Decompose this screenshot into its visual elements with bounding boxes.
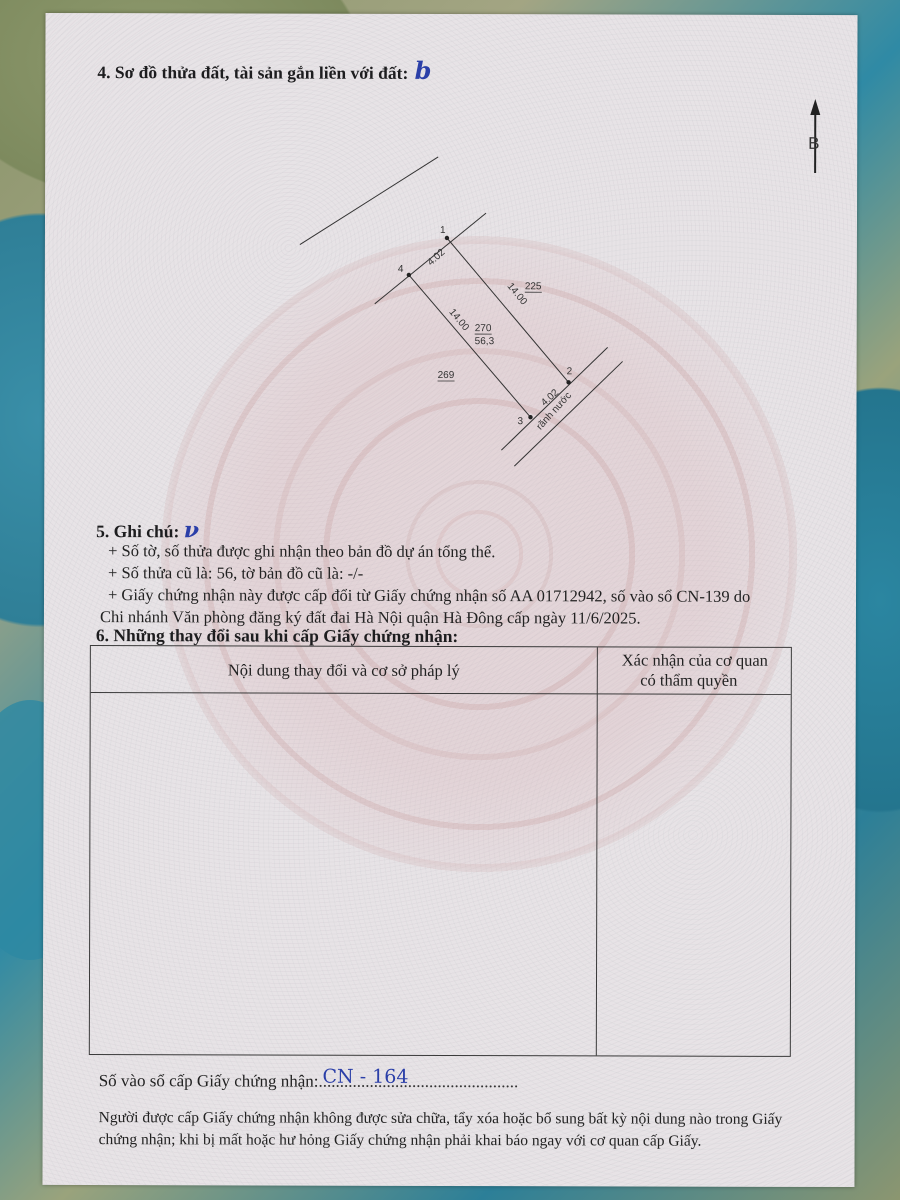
svg-text:3: 3 [517,416,523,427]
changes-table: Nội dung thay đổi và cơ sở pháp lý Xác n… [89,645,792,1057]
svg-text:225: 225 [525,281,542,292]
north-arrow-icon: B [808,99,820,173]
column-header-confirmation: Xác nhận của cơ quan có thẩm quyền [597,650,793,691]
certificate-page: 4. Sơ đồ thửa đất, tài sản gắn liền với … [42,13,857,1187]
registration-label: Số vào sổ cấp Giấy chứng nhận: [99,1071,319,1091]
note-line: + Số tờ, số thửa được ghi nhận theo bản … [108,541,495,562]
svg-text:270: 270 [475,323,492,334]
confirmation-cell [597,694,791,1056]
section-6-heading: 6. Những thay đổi sau khi cấp Giấy chứng… [96,625,458,647]
svg-text:269: 269 [438,370,455,381]
registration-value: CN - 164 [323,1066,409,1088]
svg-text:56,3: 56,3 [475,336,495,347]
svg-text:B: B [808,134,819,153]
vertex-1 [445,236,449,240]
column-header-changes: Nội dung thay đổi và cơ sở pháp lý [91,660,597,681]
parcel-sketch: B 1 2 3 4 4.02 14.00 4.02 14.00 rãnh nướ… [44,13,857,495]
svg-text:4: 4 [398,264,404,275]
column-header-line: Xác nhận của cơ quan [597,650,793,671]
changes-content-cell [90,693,596,1055]
section-5-heading: 5. Ghi chú: ν [96,517,199,543]
vertex-2 [566,380,570,384]
registration-number-row: Số vào sổ cấp Giấy chứng nhận:..........… [99,1071,519,1092]
vertex-4 [407,273,411,277]
svg-text:14.00: 14.00 [446,307,471,334]
warning-notice: Người được cấp Giấy chứng nhận không đượ… [99,1107,819,1153]
handwritten-mark: ν [184,517,199,543]
column-header-line: có thẩm quyền [585,670,793,691]
registration-field: ........................................… [318,1072,518,1092]
svg-text:1: 1 [440,225,446,236]
note-line: + Số thửa cũ là: 56, tờ bản đồ cũ là: -/… [108,563,363,584]
section-5-title: 5. Ghi chú: [96,521,179,541]
svg-text:2: 2 [567,366,573,377]
svg-text:4.02: 4.02 [426,247,448,268]
vertex-3 [528,415,532,419]
note-line: + Giấy chứng nhận này được cấp đổi từ Gi… [108,585,750,607]
